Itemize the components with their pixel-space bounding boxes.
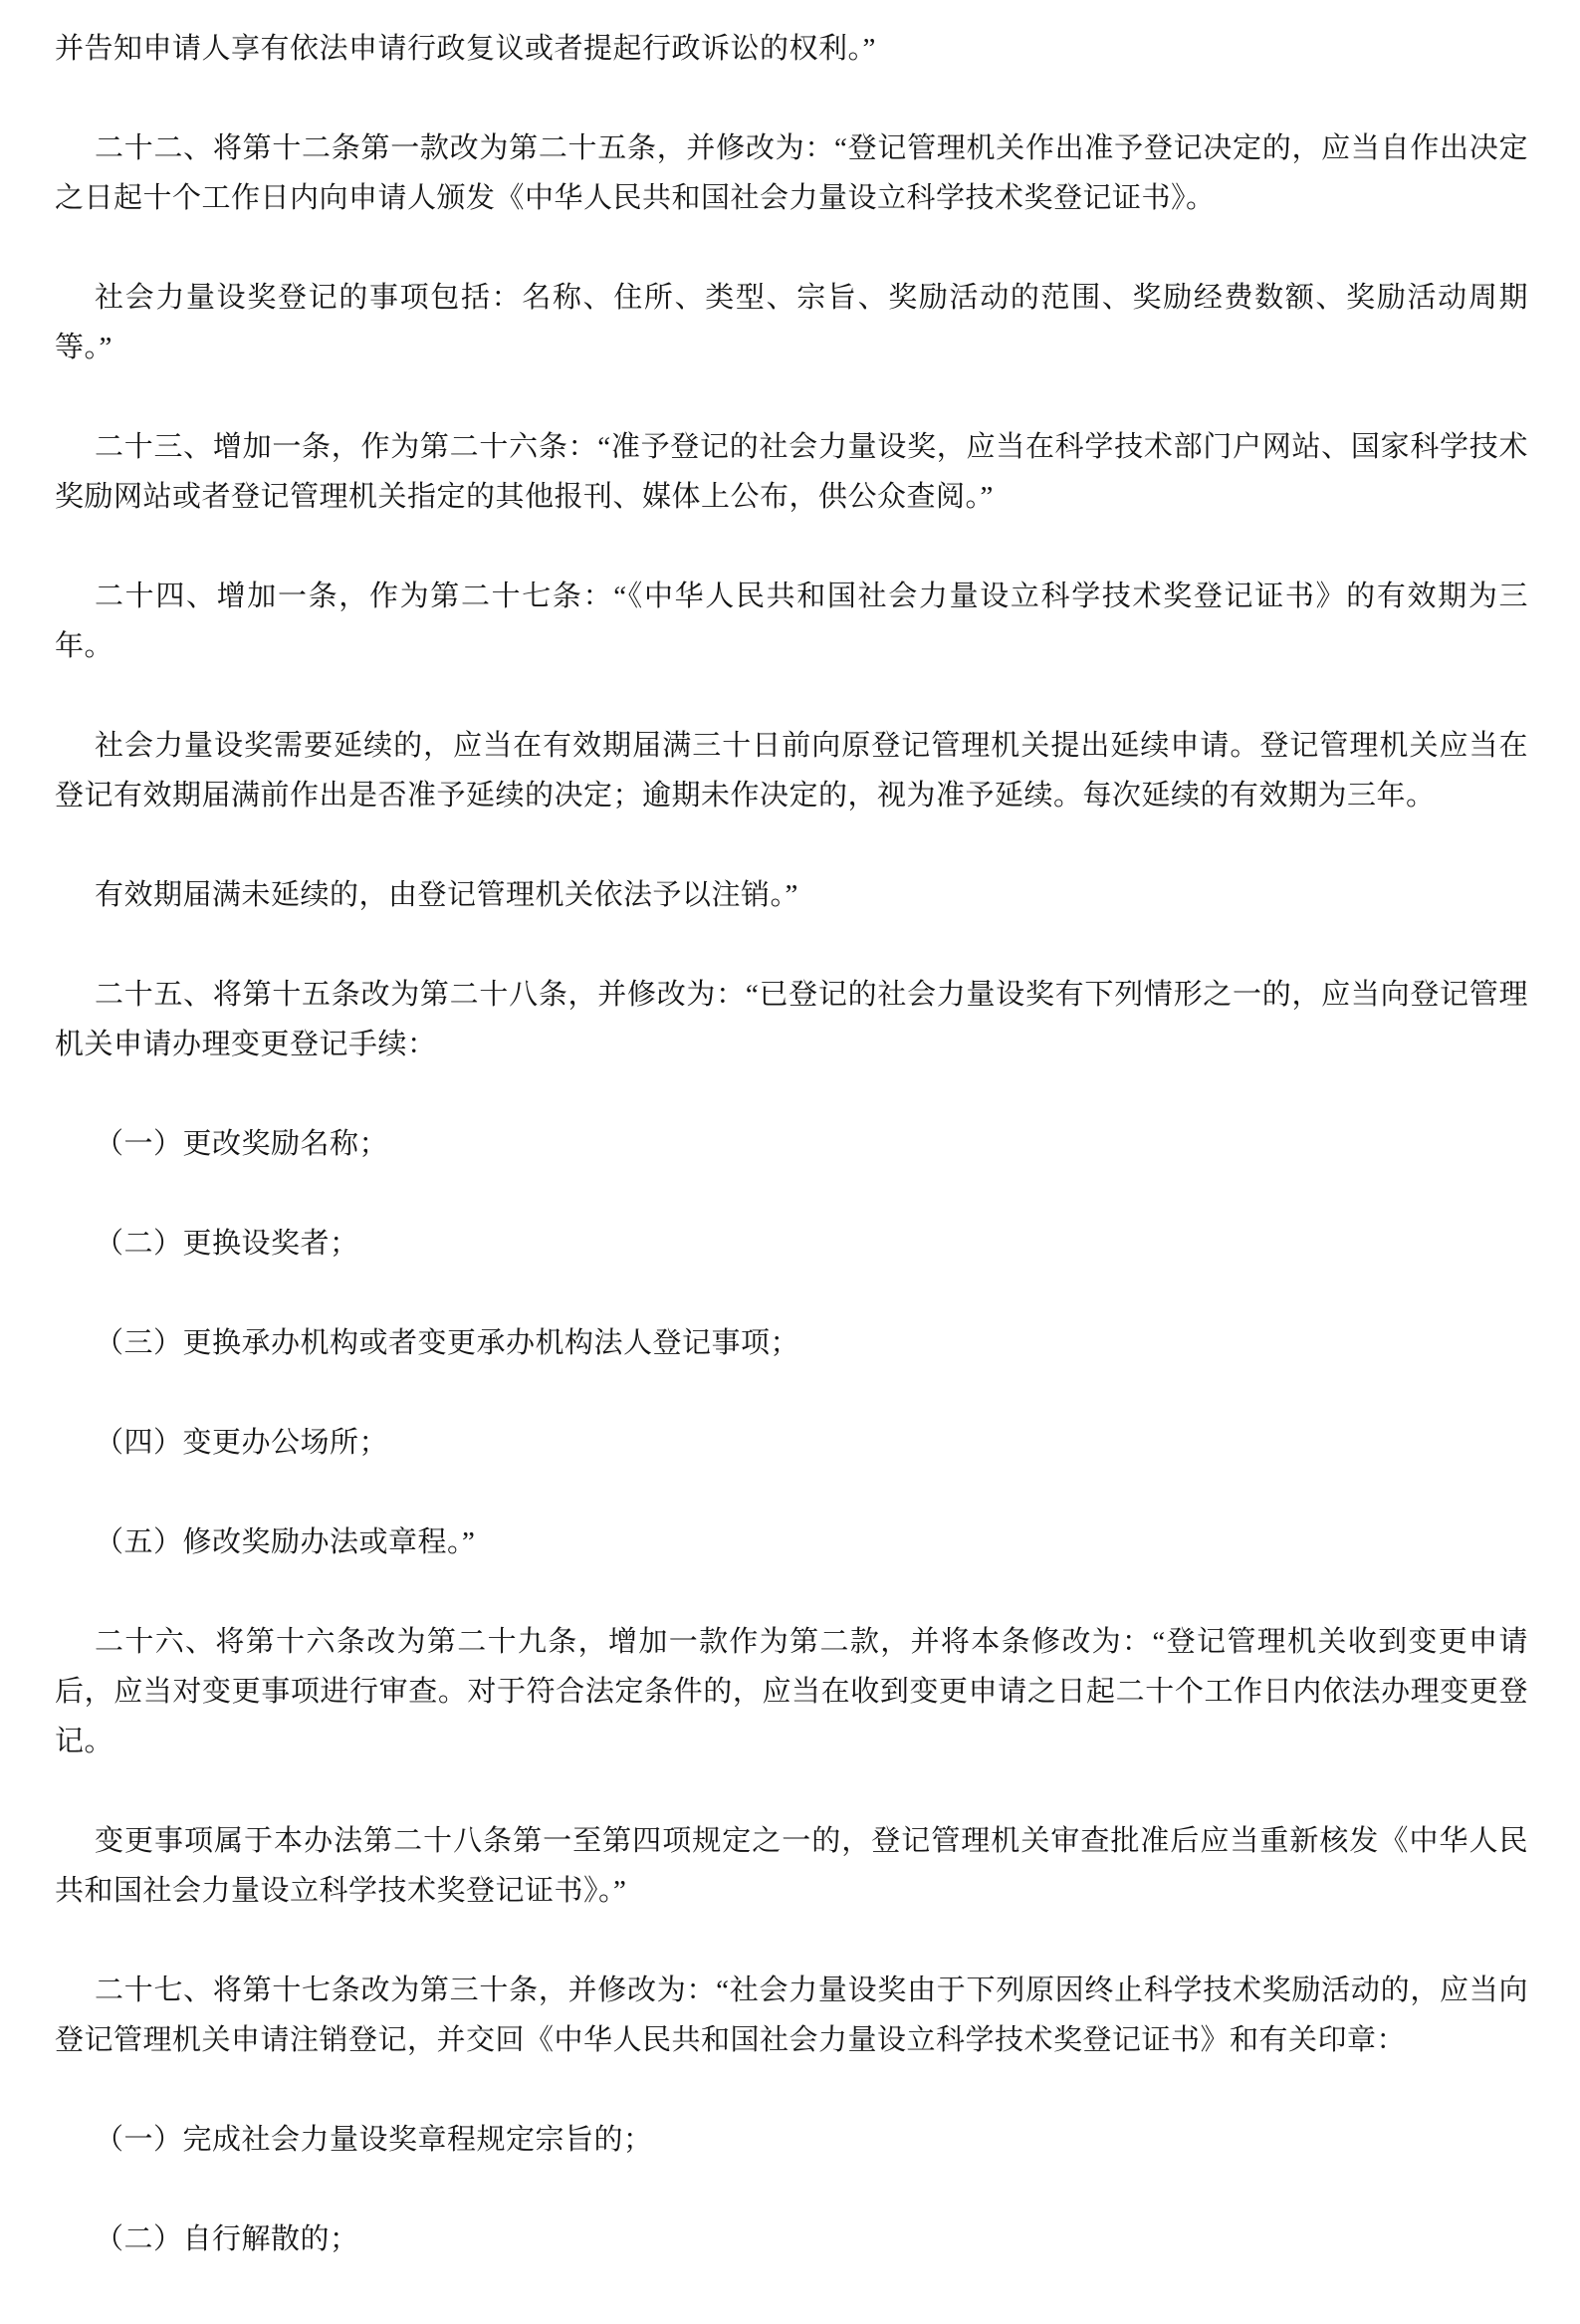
- paragraph-article-26: 二十六、将第十六条改为第二十九条，增加一款作为第二款，并将本条修改为：“登记管理…: [55, 1617, 1528, 1766]
- paragraph-article-22: 二十二、将第十二条第一款改为第二十五条，并修改为：“登记管理机关作出准予登记决定…: [55, 123, 1528, 223]
- list-item-1-change-name: （一）更改奖励名称；: [55, 1119, 1528, 1169]
- list-item-3-change-organizer: （三）更换承办机构或者变更承办机构法人登记事项；: [55, 1318, 1528, 1368]
- list-item-5-amend-rules: （五）修改奖励办法或章程。”: [55, 1517, 1528, 1567]
- paragraph-article-27: 二十七、将第十七条改为第三十条，并修改为：“社会力量设奖由于下列原因终止科学技术…: [55, 1966, 1528, 2065]
- paragraph-expiry-cancellation: 有效期届满未延续的，由登记管理机关依法予以注销。”: [55, 870, 1528, 920]
- list-item-4-change-office: （四）变更办公场所；: [55, 1418, 1528, 1468]
- paragraph-article-24: 二十四、增加一条，作为第二十七条：“《中华人民共和国社会力量设立科学技术奖登记证…: [55, 572, 1528, 671]
- paragraph-continuation: 并告知申请人享有依法申请行政复议或者提起行政诉讼的权利。”: [55, 24, 1528, 74]
- list-item-2-change-founder: （二）更换设奖者；: [55, 1219, 1528, 1269]
- list-item-2-self-dissolution: （二）自行解散的；: [55, 2214, 1528, 2264]
- list-item-1-purpose-fulfilled: （一）完成社会力量设奖章程规定宗旨的；: [55, 2115, 1528, 2165]
- paragraph-article-25: 二十五、将第十五条改为第二十八条，并修改为：“已登记的社会力量设奖有下列情形之一…: [55, 970, 1528, 1069]
- paragraph-registration-items: 社会力量设奖登记的事项包括：名称、住所、类型、宗旨、奖励活动的范围、奖励经费数额…: [55, 273, 1528, 372]
- paragraph-reissue-certificate: 变更事项属于本办法第二十八条第一至第四项规定之一的，登记管理机关审查批准后应当重…: [55, 1816, 1528, 1916]
- paragraph-renewal: 社会力量设奖需要延续的，应当在有效期届满三十日前向原登记管理机关提出延续申请。登…: [55, 721, 1528, 820]
- document-page: 并告知申请人享有依法申请行政复议或者提起行政诉讼的权利。” 二十二、将第十二条第…: [0, 0, 1580, 2324]
- paragraph-article-23: 二十三、增加一条，作为第二十六条：“准予登记的社会力量设奖，应当在科学技术部门户…: [55, 422, 1528, 522]
